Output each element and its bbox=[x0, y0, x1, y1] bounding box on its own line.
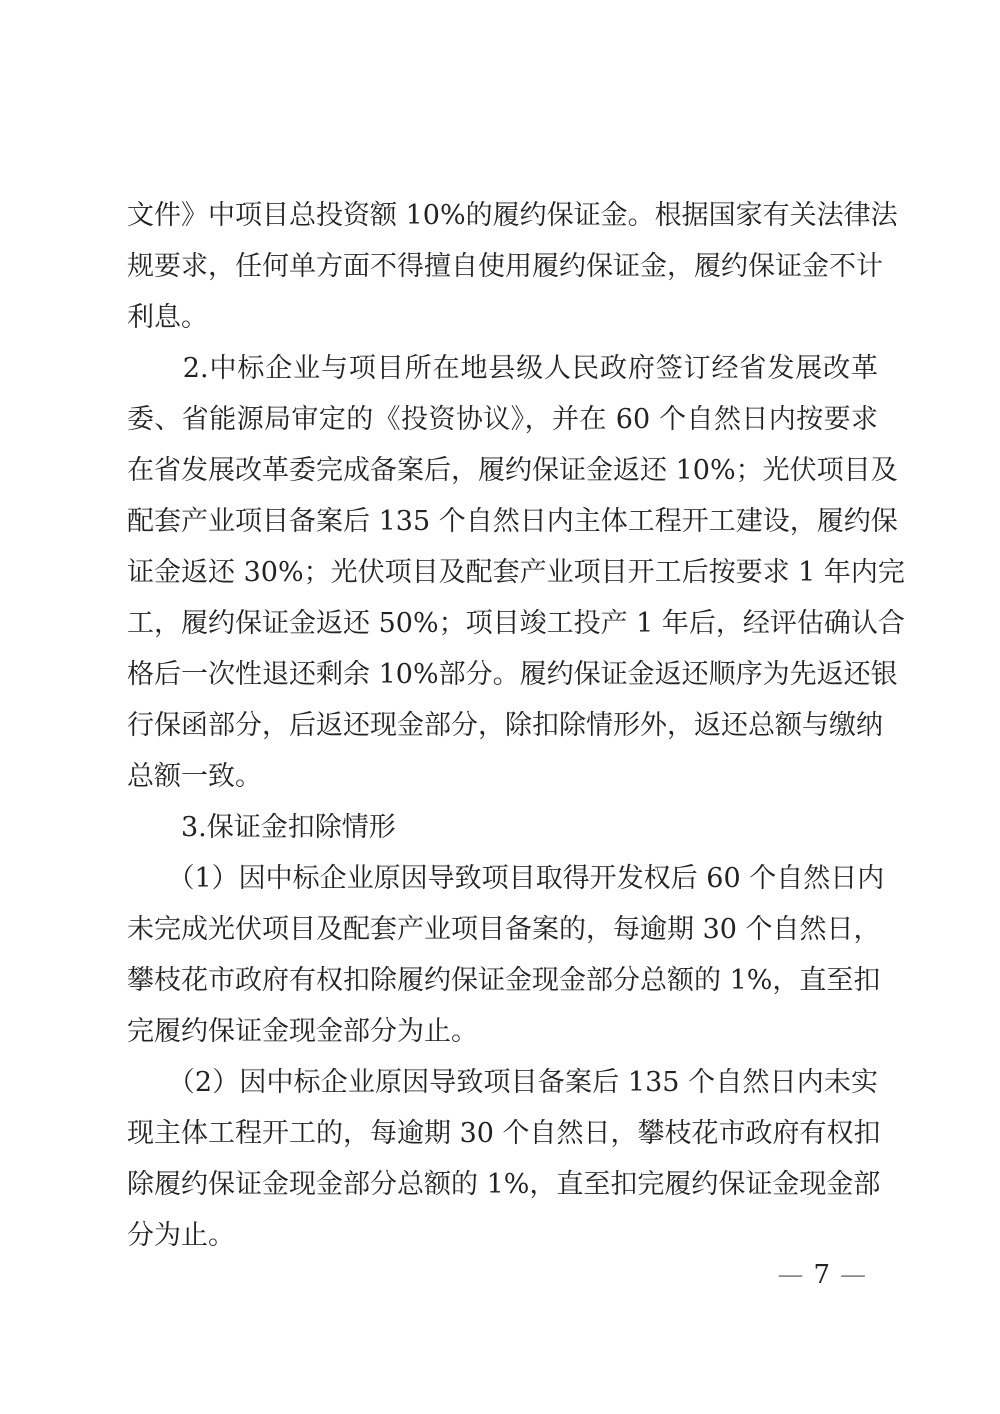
text-line: （1）因中标企业原因导致项目取得开发权后 60 个自然日内 bbox=[127, 853, 878, 904]
page-number: —7— bbox=[769, 1258, 876, 1292]
text-line: 完履约保证金现金部分为止。 bbox=[127, 1006, 878, 1057]
text-line: 3.保证金扣除情形 bbox=[127, 802, 878, 853]
text-line: 配套产业项目备案后 135 个自然日内主体工程开工建设，履约保 bbox=[127, 496, 878, 547]
text-line: 委、省能源局审定的《投资协议》，并在 60 个自然日内按要求 bbox=[127, 394, 878, 445]
page-number-value: 7 bbox=[813, 1260, 832, 1290]
text-line: 现主体工程开工的，每逾期 30 个自然日，攀枝花市政府有权扣 bbox=[127, 1108, 878, 1159]
text-line: 在省发展改革委完成备案后，履约保证金返还 10%；光伏项目及 bbox=[127, 445, 878, 496]
text-line: 攀枝花市政府有权扣除履约保证金现金部分总额的 1%，直至扣 bbox=[127, 955, 878, 1006]
document-page: 文件》中项目总投资额 10%的履约保证金。根据国家有关法律法规要求，任何单方面不… bbox=[0, 0, 1000, 1414]
para-return-schedule: 2.中标企业与项目所在地县级人民政府签订经省发展改革委、省能源局审定的《投资协议… bbox=[127, 343, 878, 802]
para-deposit-terms: 文件》中项目总投资额 10%的履约保证金。根据国家有关法律法规要求，任何单方面不… bbox=[127, 190, 878, 343]
text-line: 工，履约保证金返还 50%；项目竣工投产 1 年后，经评估确认合 bbox=[127, 598, 878, 649]
text-line: 文件》中项目总投资额 10%的履约保证金。根据国家有关法律法 bbox=[127, 190, 878, 241]
text-line: 规要求，任何单方面不得擅自使用履约保证金，履约保证金不计 bbox=[127, 241, 878, 292]
text-line: 格后一次性退还剩余 10%部分。履约保证金返还顺序为先返还银 bbox=[127, 649, 878, 700]
text-line: 行保函部分，后返还现金部分，除扣除情形外，返还总额与缴纳 bbox=[127, 700, 878, 751]
document-body: 文件》中项目总投资额 10%的履约保证金。根据国家有关法律法规要求，任何单方面不… bbox=[127, 190, 878, 1261]
text-line: 除履约保证金现金部分总额的 1%，直至扣完履约保证金现金部 bbox=[127, 1159, 878, 1210]
text-line: 2.中标企业与项目所在地县级人民政府签订经省发展改革 bbox=[127, 343, 878, 394]
page-number-left-dash: — bbox=[769, 1260, 813, 1290]
text-line: 利息。 bbox=[127, 292, 878, 343]
heading-deduction-cases: 3.保证金扣除情形 bbox=[127, 802, 878, 853]
page-number-right-dash: — bbox=[832, 1260, 876, 1290]
text-line: 未完成光伏项目及配套产业项目备案的，每逾期 30 个自然日， bbox=[127, 904, 878, 955]
text-line: 证金返还 30%；光伏项目及配套产业项目开工后按要求 1 年内完 bbox=[127, 547, 878, 598]
item-1-overdue-filing: （1）因中标企业原因导致项目取得开发权后 60 个自然日内未完成光伏项目及配套产… bbox=[127, 853, 878, 1057]
item-2-overdue-construction: （2）因中标企业原因导致项目备案后 135 个自然日内未实现主体工程开工的，每逾… bbox=[127, 1057, 878, 1261]
text-line: 总额一致。 bbox=[127, 751, 878, 802]
text-line: 分为止。 bbox=[127, 1210, 878, 1261]
text-line: （2）因中标企业原因导致项目备案后 135 个自然日内未实 bbox=[127, 1057, 878, 1108]
